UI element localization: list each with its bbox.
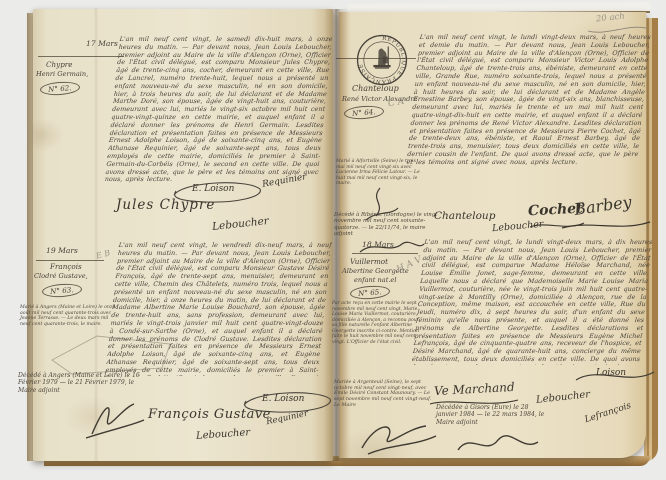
act62-margin-surname: Chypre [46,60,72,69]
act64-signature-declarant: Chanteloup [434,210,495,222]
act63-margin-rule [36,260,104,261]
act65-signature-officer: Loison [574,366,658,390]
act63-margin-forenames: Clodré Gustave, [34,272,88,280]
act62-margin-rule [38,56,124,57]
signature-text: E. Loison [192,184,234,194]
act64-death-note: Décédé à Ribérac (Dordogne) le vingt nov… [334,212,440,238]
death-note-signature-flourish [452,430,542,456]
act65-margin-date: 18 Mars [362,240,394,249]
corner-annotation-swash [586,24,648,34]
act64-marriage-note: Marié à Alfortville (Seine) le trois mai… [336,159,424,187]
act65-recognition-note: Par acte reçu en cette mairie le sept no… [332,301,422,345]
signature-tail-flourish [560,218,652,232]
act63-signature-declarant: François Gustave [148,407,271,422]
republique-francaise-stamp: RÉPUBLIQUE FRANÇAISE [356,34,408,86]
act64-margin-surname: Chanteloup [352,84,399,93]
act63-marriage-note: Marié à Angers (Maine et Loire) le onze … [20,305,119,327]
act62-margin-forenames: Henri Germain, [36,70,88,78]
stamp-figure [374,46,391,68]
scanned-register-spread: 17 Mars Chypre Henri Germain, N° 62. L'a… [0,0,666,480]
act65-death-note: Décédée à Gisors (Eure) le 28 janvier 19… [436,404,548,426]
act64-body-text: L'an mil neuf cent vingt, le lundi vingt… [404,34,651,186]
act63-body-text: L'an mil neuf cent vingt, le vendredi di… [105,242,332,376]
signature-text: E. Loison [262,394,304,404]
act62-signature-declarant: Jules Chypre [116,197,215,213]
act65-body-text: L'an mil neuf cent vingt, le lundi vingt… [411,239,652,365]
act65-marriage-note: Mariée à Argenteuil (Seine), le sept oct… [334,380,432,409]
marriage-note-signature-flourish [352,418,442,458]
act63-margin-surname: François [50,262,82,271]
act65-margin-status: enfant nat.el [354,276,396,284]
death-note-signature-flourish [80,398,150,440]
act63-margin-date: 19 Mars [46,246,78,255]
act62-margin-date: 17 Mars [86,39,118,48]
act64-margin-forenames: René Victor Alexandre [342,95,417,103]
act65-margin-rule [352,253,418,254]
act62-body-text: L'an mil neuf cent vingt, le samedi dix-… [104,36,333,186]
act65-margin-surname: Vuillermot [350,257,388,266]
signature-text: Loison [596,368,626,378]
